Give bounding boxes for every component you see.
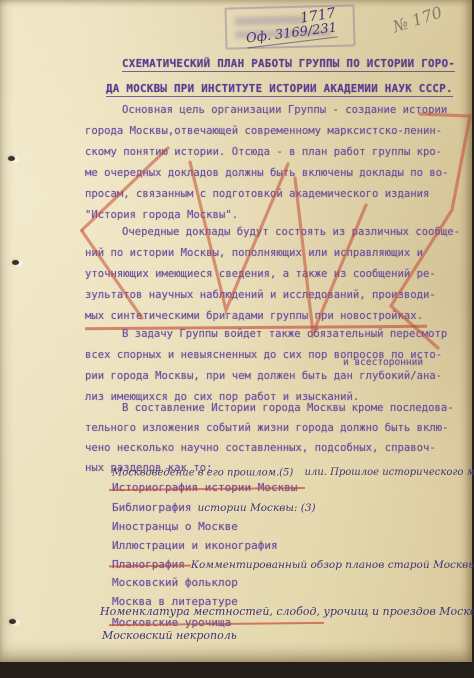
photo-frame: 1717 Оф. 3169/231 № 170 СХЕМАТИЧЕСКИЙ ПЛ… — [0, 0, 474, 678]
handwritten-addition: Комментированный обзор планов старой Мос… — [191, 559, 474, 571]
paragraph-2: Очередные доклады будут состоять из разл… — [85, 226, 463, 331]
document-page: 1717 Оф. 3169/231 № 170 СХЕМАТИЧЕСКИЙ ПЛ… — [0, 0, 472, 662]
list-item: Историография истории Москвы — [112, 481, 297, 499]
stamp-illegible-text-bar — [235, 16, 305, 26]
list-item-text: Иллюстрации и иконография — [112, 539, 278, 552]
corner-page-number: № 170 — [390, 3, 444, 37]
document-title-line1: СХЕМАТИЧЕСКИЙ ПЛАН РАБОТЫ ГРУППЫ ПО ИСТО… — [122, 57, 455, 72]
paragraph-1: Основная цель организации Группы - созда… — [85, 104, 463, 230]
list-item: ПланографияКомментированный обзор планов… — [112, 558, 474, 576]
document-title: ДА МОСКВЫ ПРИ ИНСТИТУТЕ ИСТОРИИ АКАДЕМИИ… — [106, 77, 453, 97]
text-line: В задачу Группы войдет также обязательны… — [85, 328, 463, 349]
alt-title-left: Москвоведение в его прошлом.(5) — [112, 467, 293, 478]
text-line: города Москвы,отвечающей современному ма… — [85, 125, 463, 146]
text-line: просам, связанным с подготовкой академич… — [85, 188, 463, 209]
list-item-text-struck: Планография — [112, 558, 185, 571]
alt-title-right: или. Прошлое исторического москвоведения… — [305, 467, 474, 478]
punch-hole — [8, 156, 15, 161]
list-item: Московский фольклор — [112, 576, 238, 594]
typed-interline-insertion: и всесторонний — [343, 357, 423, 368]
text-line: скому понятию истории. Отсюда - в план р… — [85, 146, 463, 167]
list-item: Иллюстрации и иконография — [112, 539, 278, 557]
punch-hole — [9, 619, 16, 624]
handwritten-list-item: Московский некрополь — [102, 629, 237, 642]
text-line: В составление Истории города Москвы кром… — [85, 402, 463, 422]
text-line: ний по истории Москвы, пополняющих или и… — [85, 247, 463, 268]
paragraph-3: В задачу Группы войдет также обязательны… — [85, 328, 463, 412]
text-line: уточняющих имеющиеся сведения, а также и… — [85, 268, 463, 289]
list-item-text: Иностранцы о Москве — [112, 520, 238, 533]
text-line: рии города Москвы, при чем должен быть д… — [85, 370, 463, 391]
text-line: Очередные доклады будут состоять из разл… — [85, 226, 463, 247]
text-line: ме очередных докладов должны быть включе… — [85, 167, 463, 188]
list-item-text: Московский фольклор — [112, 576, 238, 589]
list-item: Библиографияистории Москвы: (3) — [112, 501, 316, 519]
handwritten-section-title: Москвоведение в его прошлом.(5) или. Про… — [112, 464, 474, 478]
list-item-text: Библиография — [112, 501, 191, 514]
list-item: Иностранцы о Москве — [112, 520, 238, 538]
list-item-text-struck: Историография истории Москвы — [112, 481, 297, 494]
list-item-text-struck: Московские урочища — [112, 616, 231, 629]
text-line: тельного изложения событий жизни города … — [85, 422, 463, 442]
document-title-line2: ДА МОСКВЫ ПРИ ИНСТИТУТЕ ИСТОРИИ АКАДЕМИИ… — [106, 82, 453, 97]
text-line: Основная цель организации Группы - созда… — [85, 104, 463, 125]
text-line: чено несколько научно составленных, подс… — [85, 442, 463, 462]
text-line: зультатов научных наблюдений и исследова… — [85, 289, 463, 310]
punch-hole — [12, 260, 19, 265]
list-item: Московский некрополь — [102, 629, 237, 647]
document-title: СХЕМАТИЧЕСКИЙ ПЛАН РАБОТЫ ГРУППЫ ПО ИСТО… — [122, 52, 455, 72]
handwritten-addition: истории Москвы: (3) — [197, 502, 315, 514]
